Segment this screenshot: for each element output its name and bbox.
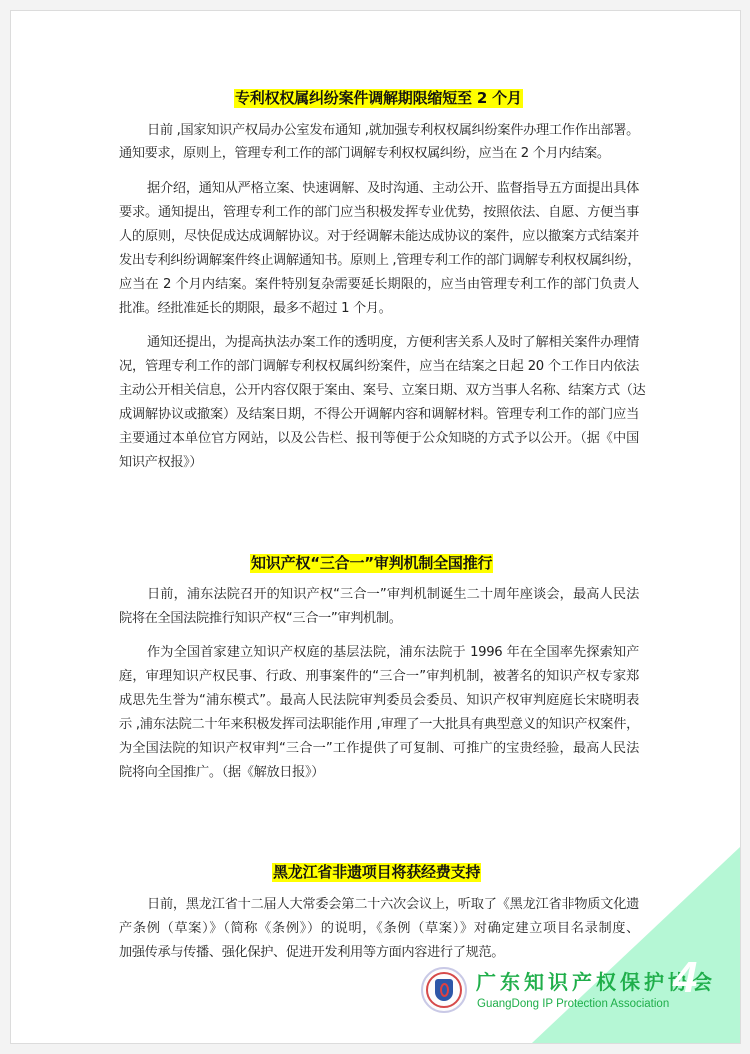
text-line: 主要通过本单位官方网站，以及公告栏、报刊等便于公众知晓的方式予以公开。（据《中国 [119,430,639,448]
text-line: 知识产权报》） [119,454,639,472]
text-line: 加强传承与传播、强化保护、促进开发利用等方面内容进行了规范。 [119,944,639,962]
text-line: 日前，浦东法院召开的知识产权“三合一”审判机制诞生二十周年座谈会，最高人民法 [147,586,639,604]
text-line: 院将向全国推广。（据《解放日报》） [119,764,639,782]
text-line: 成思先生誉为“浦东模式”。最高人民法院审判委员会委员、知识产权审判庭庭长宋晓明表 [119,692,639,710]
association-branding: 广东知识产权保护协会 GuangDong IP Protection Assoc… [421,963,701,1023]
text-line: 通知要求，原则上，管理专利工作的部门调解专利权权属纠纷，应当在 2 个月内结案。 [119,145,639,163]
text-line: 作为全国首家建立知识产权庭的基层法院，浦东法院于 1996 年在全国率先探索知产 [147,644,639,662]
text-line: 庭，审理知识产权民事、行政、刑事案件的“三合一”审判机制，被著名的知识产权专家郑 [119,668,639,686]
text-line: 要求。通知提出，管理专利工作的部门应当积极发挥专业优势，按照依法、自愿、方便当事 [119,204,639,222]
text-line: 示 ,浦东法院二十年来积极发挥司法职能作用 ,审理了一大批具有典型意义的知识产权… [119,716,639,734]
association-emblem-icon [421,967,467,1013]
text-line: 主动公开相关信息，公开内容仅限于案由、案号、立案日期、双方当事人名称、结案方式（… [119,382,639,400]
page-number: 4 [673,955,697,1001]
text-line: 产条例（草案）》（简称《条例》）的说明，《条例（草案）》对确定建立项目名录制度、 [119,920,639,938]
text-line: 应当在 2 个月内结案。案件特别复杂需要延长期限的，应当由管理专利工作的部门负责… [119,276,639,294]
document-page: 专利权权属纠纷案件调解期限缩短至 2 个月 日前 ,国家知识产权局办公室发布通知… [10,10,741,1044]
text-line: 据介绍，通知从严格立案、快速调解、及时沟通、主动公开、监督指导五方面提出具体 [147,180,639,198]
article-title: 知识产权“三合一”审判机制全国推行 [250,554,493,573]
text-line: 院将在全国法院推行知识产权“三合一”审判机制。 [119,610,639,628]
article-title: 黑龙江省非遗项目将获经费支持 [272,863,481,882]
text-line: 发出专利纠纷调解案件终止调解通知书。原则上 ,管理专利工作的部门调解专利权权属纠… [119,252,639,270]
text-line: 成调解协议或撤案）及结案日期，不得公开调解内容和调解材料。管理专利工作的部门应当 [119,406,639,424]
text-line: 人的原则，尽快促成达成调解协议。对于经调解未能达成协议的案件，应以撤案方式结案并 [119,228,639,246]
text-line: 日前，黑龙江省十二届人大常委会第二十六次会议上，听取了《黑龙江省非物质文化遗 [147,896,639,914]
article-title: 专利权权属纠纷案件调解期限缩短至 2 个月 [234,89,523,108]
association-name-en: GuangDong IP Protection Association [477,997,669,1011]
text-line: 批准。经批准延长的期限，最多不超过 1 个月。 [119,300,639,318]
text-line: 为全国法院的知识产权审判“三合一”工作提供了可复制、可推广的宝贵经验，最高人民法 [119,740,639,758]
text-line: 况，管理专利工作的部门调解专利权权属纠纷案件，应当在结案之日起 20 个工作日内… [119,358,639,376]
text-line: 日前 ,国家知识产权局办公室发布通知 ,就加强专利权权属纠纷案件办理工作作出部署… [147,122,639,140]
text-line: 通知还提出，为提高执法办案工作的透明度，方便利害关系人及时了解相关案件办理情 [147,334,639,352]
